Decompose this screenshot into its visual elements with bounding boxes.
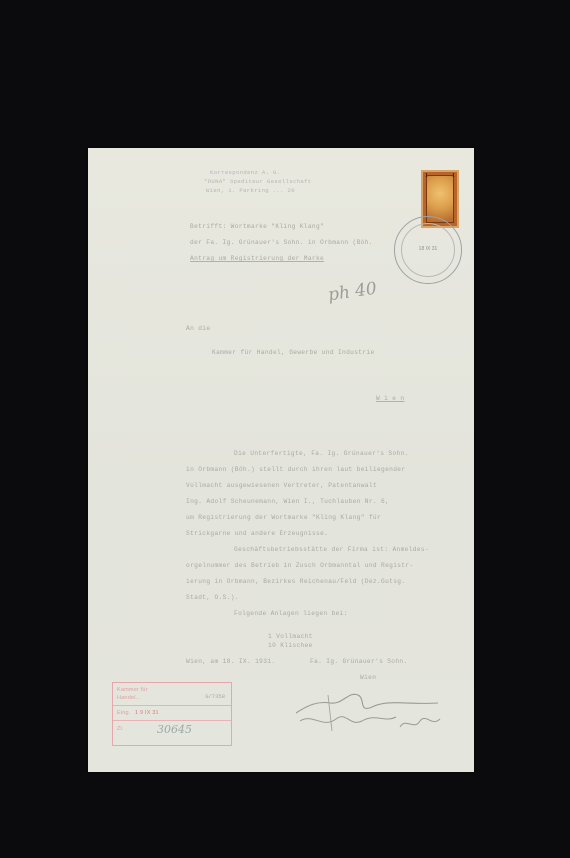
receipt-label: Eing. [117, 710, 131, 716]
body-line: Geschäftsbetriebsstätte der Firma ist: A… [234, 547, 429, 553]
receipt-label: Kammer für [117, 687, 148, 693]
receipt-label: Zl. [117, 726, 124, 732]
sender-line: Korrespondenz A. G. [210, 170, 280, 176]
receipt-label: Handel... [117, 695, 141, 701]
postmark-cancellation: 18 IX 31 [394, 216, 462, 284]
body-line: Strickgarne und andere Erzeugnisse. [186, 531, 328, 537]
subject-line: der Fa. Ig. Grünauer's Sohn. in Orbmann … [190, 240, 373, 246]
receipt-handwritten-number: 30645 [157, 723, 192, 736]
divider [113, 705, 231, 706]
divider [113, 720, 231, 721]
sender-line: "DUNA" Spediteur Gesellschaft [204, 179, 312, 185]
subject-line-underlined: Antrag um Registrierung der Marke [190, 256, 324, 262]
receipt-reference: G/7358 [205, 693, 225, 700]
body-line: Stadt, O.S.). [186, 595, 239, 601]
body-line: Ing. Adolf Scheunemann, Wien I., Tuchlau… [186, 499, 389, 505]
document-page: Korrespondenz A. G. "DUNA" Spediteur Ges… [88, 148, 474, 772]
body-line: orgelnummer des Betrieb in Zusch Orbmann… [186, 563, 414, 569]
postmark-date: 18 IX 31 [395, 246, 461, 252]
body-line: um Registrierung der Wortmarke "Kling Kl… [186, 515, 381, 521]
enclosure-item: 1 Vollmacht [268, 634, 313, 640]
stamp-value: 1 [425, 173, 428, 179]
subject-line: Betrifft: Wortmarke "Kling Klang" [190, 224, 324, 230]
stamp-value: 1 [452, 173, 455, 179]
date-line: Wien, am 18. IX. 1931. [186, 659, 275, 665]
sender-line: Wien, 1. Parkring ... 20 [206, 188, 295, 194]
recipient-city: W i e n [376, 396, 404, 402]
handwritten-signature [288, 683, 448, 743]
salutation: An die [186, 326, 210, 332]
body-line: ierung in Orbmann, Bezirkes Reichenau/Fe… [186, 579, 405, 585]
receipt-date: 1 9 IX 31 [135, 710, 159, 716]
body-line: in Orbmann (Böh.) stellt durch ihren lau… [186, 467, 405, 473]
enclosure-item: 10 Klischee [268, 643, 313, 649]
signatory-line: Fa. Ig. Grünauer's Sohn. [310, 659, 408, 665]
handwritten-note: ph 40 [327, 279, 378, 306]
body-line: Folgende Anlagen liegen bei: [234, 611, 348, 617]
signatory-place: Wien [360, 675, 376, 681]
receipt-stamp: Kammer für Handel... Eing. 1 9 IX 31 Zl.… [112, 682, 232, 746]
recipient-name: Kammer für Handel, Gewerbe und Industrie [212, 350, 375, 356]
body-line: Die Unterfertigte, Fa. Ig. Grünauer's So… [234, 451, 409, 457]
body-line: Vollmacht ausgewiesenen Vertreter, Paten… [186, 483, 377, 489]
